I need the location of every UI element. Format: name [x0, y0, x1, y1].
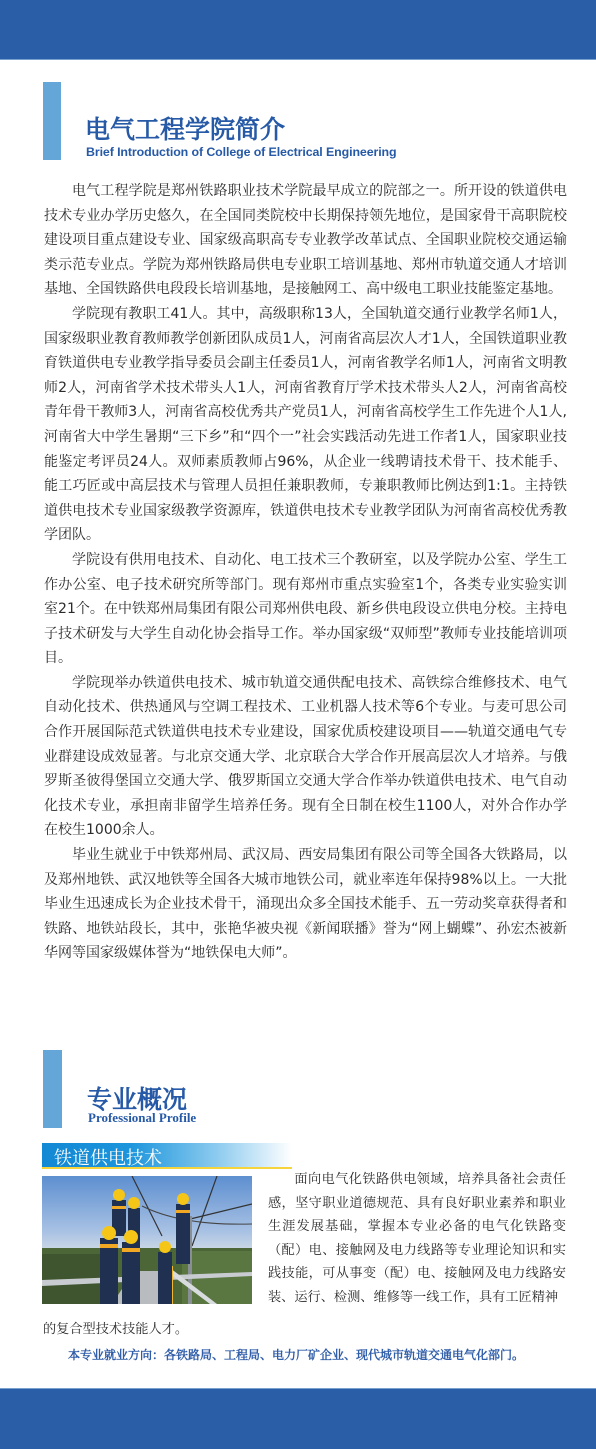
intro-body: 电气工程学院是郑州铁路职业技术学院最早成立的院部之一。所开设的铁道供电技术专业办… — [44, 179, 567, 966]
major-name: 铁道供电技术 — [54, 1144, 162, 1170]
workers-on-catenary-photo — [42, 1176, 252, 1304]
section-accent-bar — [43, 82, 61, 160]
top-banner — [0, 0, 596, 60]
major-career-direction: 本专业就业方向：各铁路局、工程局、电力厂矿企业、现代城市轨道交通电气化部门。 — [68, 1346, 524, 1363]
major-description-text: 面向电气化铁路供电领域，培养具备社会责任感，坚守职业道德规范、具有良好职业素养和… — [268, 1168, 566, 1310]
intro-paragraph: 学院现举办铁道供电技术、城市轨道交通供配电技术、高铁综合维修技术、电气自动化技术… — [44, 671, 567, 843]
bottom-banner — [0, 1388, 596, 1449]
page-title: 电气工程学院简介 — [85, 110, 285, 146]
major-banner: 铁道供电技术 — [42, 1143, 292, 1169]
intro-paragraph: 毕业生就业于中铁郑州局、武汉局、西安局集团有限公司等全国各大铁路局，以及郑州地铁… — [44, 843, 567, 966]
section-subtitle: Professional Profile — [88, 1110, 196, 1126]
major-description-tail: 的复合型技术技能人才。 — [43, 1318, 188, 1337]
page-subtitle: Brief Introduction of College of Electri… — [86, 145, 397, 159]
intro-paragraph: 学院现有教职工41人。其中，高级职称13人，全国轨道交通行业教学名师1人，国家级… — [44, 302, 567, 548]
intro-paragraph: 电气工程学院是郑州铁路职业技术学院最早成立的院部之一。所开设的铁道供电技术专业办… — [44, 179, 567, 302]
major-description: 面向电气化铁路供电领域，培养具备社会责任感，坚守职业道德规范、具有良好职业素养和… — [268, 1168, 566, 1310]
section-accent-bar — [43, 1050, 62, 1128]
intro-paragraph: 学院设有供用电技术、自动化、电工技术三个教研室，以及学院办公室、学生工作办公室、… — [44, 548, 567, 671]
